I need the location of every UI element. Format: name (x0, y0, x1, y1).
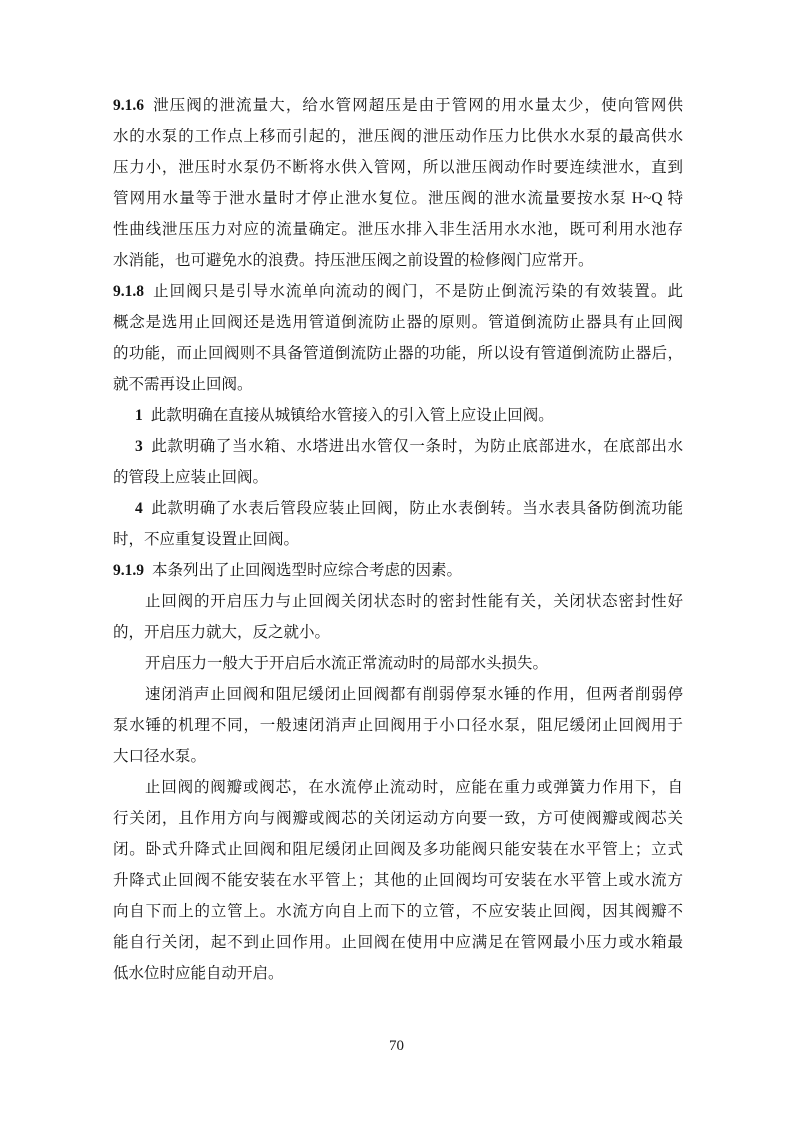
text-line: 时，不应重复设置止回阀。 (113, 524, 683, 555)
section-number: 3 (135, 438, 143, 455)
text-line: 行关闭，且作用方向与阀瓣或阀芯的关闭运动方向要一致，方可使阀瓣或阀芯关 (113, 803, 683, 834)
line-text: 时，不应重复设置止回阀。 (113, 531, 299, 548)
line-text: 性曲线泄压压力对应的流量确定。泄压水排入非生活用水水池，既可利用水池存 (113, 221, 683, 238)
line-text: 止回阀的开启压力与止回阀关闭状态时的密封性能有关，关闭状态密封性好 (145, 593, 683, 610)
text-line: 就不需再设止回阀。 (113, 369, 683, 400)
line-text: 泵水锤的机理不同，一般速闭消声止回阀用于小口径水泵，阻尼缓闭止回阀用于 (113, 717, 683, 734)
line-text: 能自行关闭，起不到止回作用。止回阀在使用中应满足在管网最小压力或水箱最 (113, 934, 683, 951)
line-text: 速闭消声止回阀和阻尼缓闭止回阀都有削弱停泵水锤的作用，但两者削弱停 (145, 686, 683, 703)
paragraph-opening-pressure-sealing: 止回阀的开启压力与止回阀关闭状态时的密封性能有关，关闭状态密封性好的，开启压力就… (113, 586, 683, 648)
item-4: 4此款明确了水表后管段应装止回阀，防止水表倒转。当水表具备防倒流功能时，不应重复… (113, 493, 683, 555)
item-1: 1此款明确在直接从城镇给水管接入的引入管上应设止回阀。 (113, 400, 683, 431)
line-text: 概念是选用止回阀还是选用管道倒流防止器的原则。管道倒流防止器具有止回阀 (113, 314, 683, 331)
text-line: 升降式止回阀不能安装在水平管上；其他的止回阀均可安装在水平管上或水流方 (113, 865, 683, 896)
text-line: 泵水锤的机理不同，一般速闭消声止回阀用于小口径水泵，阻尼缓闭止回阀用于 (113, 710, 683, 741)
text-line: 4此款明确了水表后管段应装止回阀，防止水表倒转。当水表具备防倒流功能 (113, 493, 683, 524)
text-line: 低水位时应能自动开启。 (113, 958, 683, 989)
text-line: 3此款明确了当水箱、水塔进出水管仅一条时，为防止底部进水，在底部出水 (113, 431, 683, 462)
text-line: 9.1.6泄压阀的泄流量大，给水管网超压是由于管网的用水量太少，使向管网供 (113, 90, 683, 121)
section-9-1-9: 9.1.9本条列出了止回阀选型时应综合考虑的因素。 (113, 555, 683, 586)
line-text: 就不需再设止回阀。 (113, 376, 253, 393)
text-line: 9.1.8止回阀只是引导水流单向流动的阀门，不是防止倒流污染的有效装置。此 (113, 276, 683, 307)
line-text: 升降式止回阀不能安装在水平管上；其他的止回阀均可安装在水平管上或水流方 (113, 872, 683, 889)
paragraph-water-hammer: 速闭消声止回阀和阻尼缓闭止回阀都有削弱停泵水锤的作用，但两者削弱停泵水锤的机理不… (113, 679, 683, 772)
text-block: 9.1.6泄压阀的泄流量大，给水管网超压是由于管网的用水量太少，使向管网供水的水… (113, 90, 683, 989)
item-3: 3此款明确了当水箱、水塔进出水管仅一条时，为防止底部进水，在底部出水的管段上应装… (113, 431, 683, 493)
text-line: 向自下而上的立管上。水流方向自上而下的立管，不应安装止回阀，因其阀瓣不 (113, 896, 683, 927)
line-text: 的，开启压力就大，反之就小。 (113, 624, 330, 641)
line-text: 水的水泵的工作点上移而引起的，泄压阀的泄压动作压力比供水水泵的最高供水 (113, 128, 683, 145)
section-number: 9.1.6 (113, 97, 144, 114)
line-text: 的功能，而止回阀则不具备管道倒流防止器的功能，所以设有管道倒流防止器后， (113, 345, 683, 362)
text-line: 止回阀的开启压力与止回阀关闭状态时的密封性能有关，关闭状态密封性好 (113, 586, 683, 617)
line-text: 的管段上应装止回阀。 (113, 469, 268, 486)
text-line: 能自行关闭，起不到止回作用。止回阀在使用中应满足在管网最小压力或水箱最 (113, 927, 683, 958)
page-number: 70 (0, 1036, 793, 1056)
text-line: 闭。卧式升降式止回阀和阻尼缓闭止回阀及多功能阀只能安装在水平管上；立式 (113, 834, 683, 865)
line-text: 此款明确了水表后管段应装止回阀，防止水表倒转。当水表具备防倒流功能 (151, 500, 683, 517)
text-line: 的功能，而止回阀则不具备管道倒流防止器的功能，所以设有管道倒流防止器后， (113, 338, 683, 369)
text-line: 水的水泵的工作点上移而引起的，泄压阀的泄压动作压力比供水水泵的最高供水 (113, 121, 683, 152)
line-text: 水消能，也可避免水的浪费。持压泄压阀之前设置的检修阀门应常开。 (113, 252, 594, 269)
text-line: 概念是选用止回阀还是选用管道倒流防止器的原则。管道倒流防止器具有止回阀 (113, 307, 683, 338)
text-line: 管网用水量等于泄水量时才停止泄水复位。泄压阀的泄水流量要按水泵 H~Q 特 (113, 183, 683, 214)
line-text: 低水位时应能自动开启。 (113, 965, 284, 982)
line-text: 开启压力一般大于开启后水流正常流动时的局部水头损失。 (145, 655, 548, 672)
text-line: 压力小，泄压时水泵仍不断将水供入管网，所以泄压阀动作时要连续泄水，直到 (113, 152, 683, 183)
text-line: 开启压力一般大于开启后水流正常流动时的局部水头损失。 (113, 648, 683, 679)
paragraph-opening-pressure-headloss: 开启压力一般大于开启后水流正常流动时的局部水头损失。 (113, 648, 683, 679)
text-line: 的，开启压力就大，反之就小。 (113, 617, 683, 648)
line-text: 止回阀的阀瓣或阀芯，在水流停止流动时，应能在重力或弹簧力作用下，自 (145, 779, 683, 796)
text-line: 1此款明确在直接从城镇给水管接入的引入管上应设止回阀。 (113, 400, 683, 431)
line-text: 压力小，泄压时水泵仍不断将水供入管网，所以泄压阀动作时要连续泄水，直到 (113, 159, 683, 176)
text-line: 速闭消声止回阀和阻尼缓闭止回阀都有削弱停泵水锤的作用，但两者削弱停 (113, 679, 683, 710)
section-number: 9.1.9 (113, 562, 144, 579)
line-text: 泄压阀的泄流量大，给水管网超压是由于管网的用水量太少，使向管网供 (152, 97, 683, 114)
line-text: 管网用水量等于泄水量时才停止泄水复位。泄压阀的泄水流量要按水泵 H~Q 特 (113, 190, 683, 207)
line-text: 止回阀只是引导水流单向流动的阀门，不是防止倒流污染的有效装置。此 (152, 283, 683, 300)
line-text: 此款明确了当水箱、水塔进出水管仅一条时，为防止底部进水，在底部出水 (151, 438, 683, 455)
line-text: 此款明确在直接从城镇给水管接入的引入管上应设止回阀。 (151, 407, 554, 424)
section-9-1-6: 9.1.6泄压阀的泄流量大，给水管网超压是由于管网的用水量太少，使向管网供水的水… (113, 90, 683, 276)
section-number: 4 (135, 500, 143, 517)
text-line: 止回阀的阀瓣或阀芯，在水流停止流动时，应能在重力或弹簧力作用下，自 (113, 772, 683, 803)
line-text: 向自下而上的立管上。水流方向自上而下的立管，不应安装止回阀，因其阀瓣不 (113, 903, 683, 920)
text-line: 性曲线泄压压力对应的流量确定。泄压水排入非生活用水水池，既可利用水池存 (113, 214, 683, 245)
text-line: 的管段上应装止回阀。 (113, 462, 683, 493)
line-text: 行关闭，且作用方向与阀瓣或阀芯的关闭运动方向要一致，方可使阀瓣或阀芯关 (113, 810, 683, 827)
text-line: 大口径水泵。 (113, 741, 683, 772)
line-text: 大口径水泵。 (113, 748, 206, 765)
paragraph-valve-disc-installation: 止回阀的阀瓣或阀芯，在水流停止流动时，应能在重力或弹簧力作用下，自行关闭，且作用… (113, 772, 683, 989)
section-number: 9.1.8 (113, 283, 144, 300)
line-text: 本条列出了止回阀选型时应综合考虑的因素。 (152, 562, 462, 579)
section-9-1-8: 9.1.8止回阀只是引导水流单向流动的阀门，不是防止倒流污染的有效装置。此概念是… (113, 276, 683, 400)
text-line: 9.1.9本条列出了止回阀选型时应综合考虑的因素。 (113, 555, 683, 586)
section-number: 1 (135, 407, 143, 424)
text-line: 水消能，也可避免水的浪费。持压泄压阀之前设置的检修阀门应常开。 (113, 245, 683, 276)
document-page: 9.1.6泄压阀的泄流量大，给水管网超压是由于管网的用水量太少，使向管网供水的水… (0, 0, 793, 1122)
line-text: 闭。卧式升降式止回阀和阻尼缓闭止回阀及多功能阀只能安装在水平管上；立式 (113, 841, 683, 858)
